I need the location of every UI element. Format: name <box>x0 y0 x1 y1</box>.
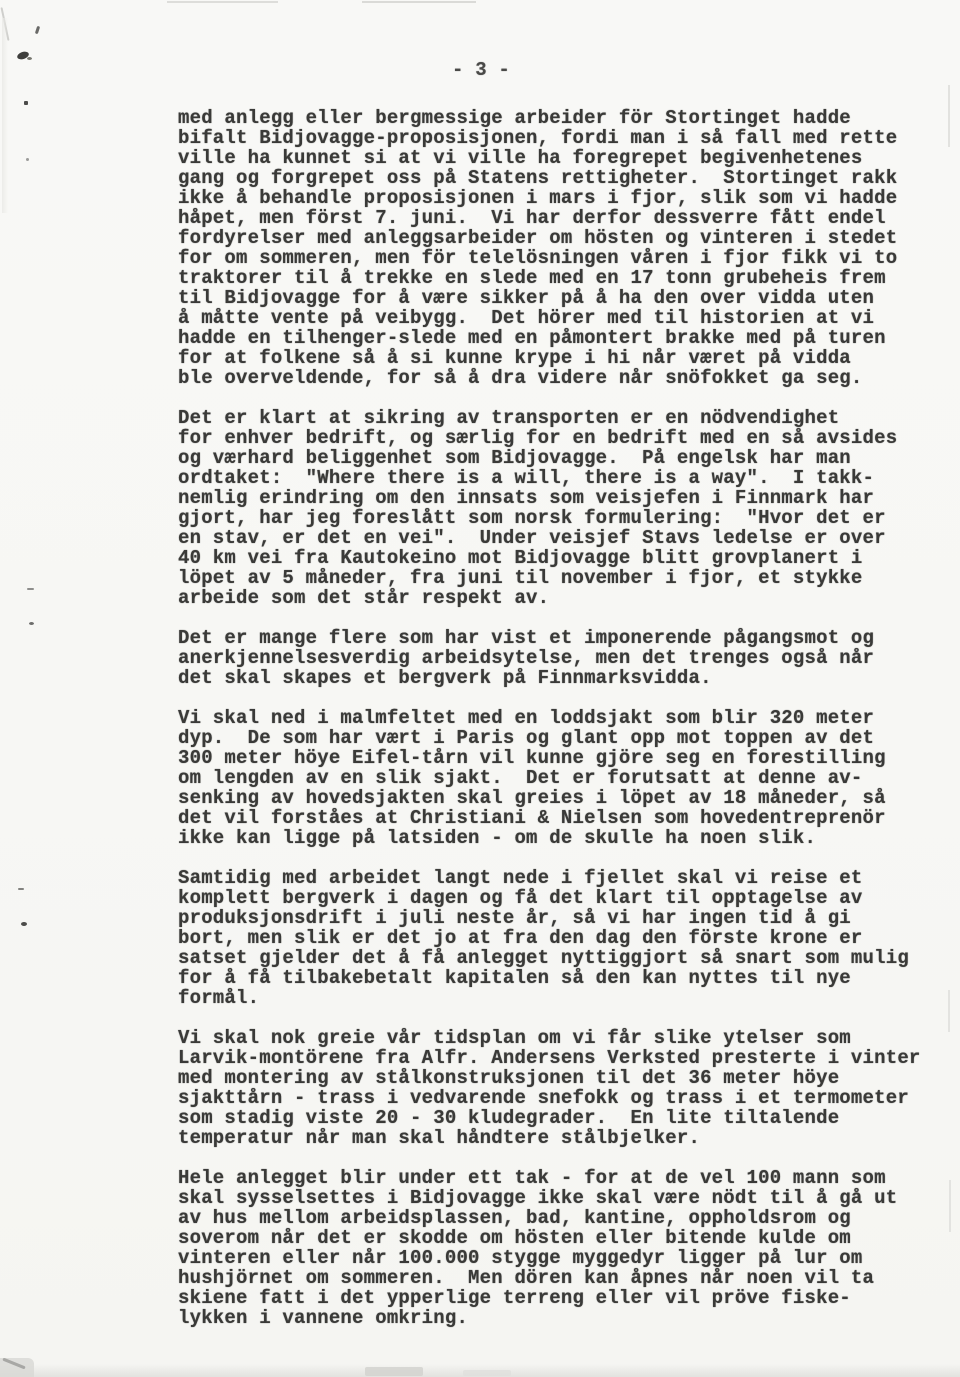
scan-edge-dash-right-3 <box>949 1180 951 1232</box>
paragraph-5: Samtidig med arbeidet langt nede i fjell… <box>178 868 940 1008</box>
document-body: med anlegg eller bergmessige arbeider fö… <box>178 108 940 1348</box>
scan-smudge-bottom-1 <box>365 1367 423 1376</box>
scan-edge-dash-right-1 <box>948 85 950 147</box>
ink-speck-4 <box>29 622 34 625</box>
ink-speck-5 <box>18 888 24 890</box>
ink-speck-3 <box>27 588 34 590</box>
ink-smudge-tail <box>27 57 32 60</box>
paragraph-6: Vi skal nok greie vår tidsplan om vi får… <box>178 1028 940 1148</box>
paragraph-1: med anlegg eller bergmessige arbeider fö… <box>178 108 940 388</box>
ink-speck-6 <box>21 922 27 926</box>
page-number: - 3 - <box>452 60 510 80</box>
scan-edge-dash-right-2 <box>948 990 950 1032</box>
paragraph-4: Vi skal ned i malmfeltet med en loddsjak… <box>178 708 940 848</box>
scan-edge-line-top-2 <box>362 1 476 3</box>
scan-edge-line-top-1 <box>167 1 278 3</box>
scan-smudge-bottom-2 <box>463 1370 511 1376</box>
paragraph-7: Hele anlegget blir under ett tak - for a… <box>178 1168 940 1328</box>
pencil-tick-mark <box>35 26 40 35</box>
ink-speck-2 <box>26 158 29 161</box>
paper-edge-streak-left <box>2 18 8 213</box>
ink-speck-1 <box>24 101 28 105</box>
scanned-document-page: - 3 - med anlegg eller bergmessige arbei… <box>0 0 960 1377</box>
paragraph-3: Det er mange flere som har vist et impon… <box>178 628 940 688</box>
paragraph-2: Det er klart at sikring av transporten e… <box>178 408 940 608</box>
